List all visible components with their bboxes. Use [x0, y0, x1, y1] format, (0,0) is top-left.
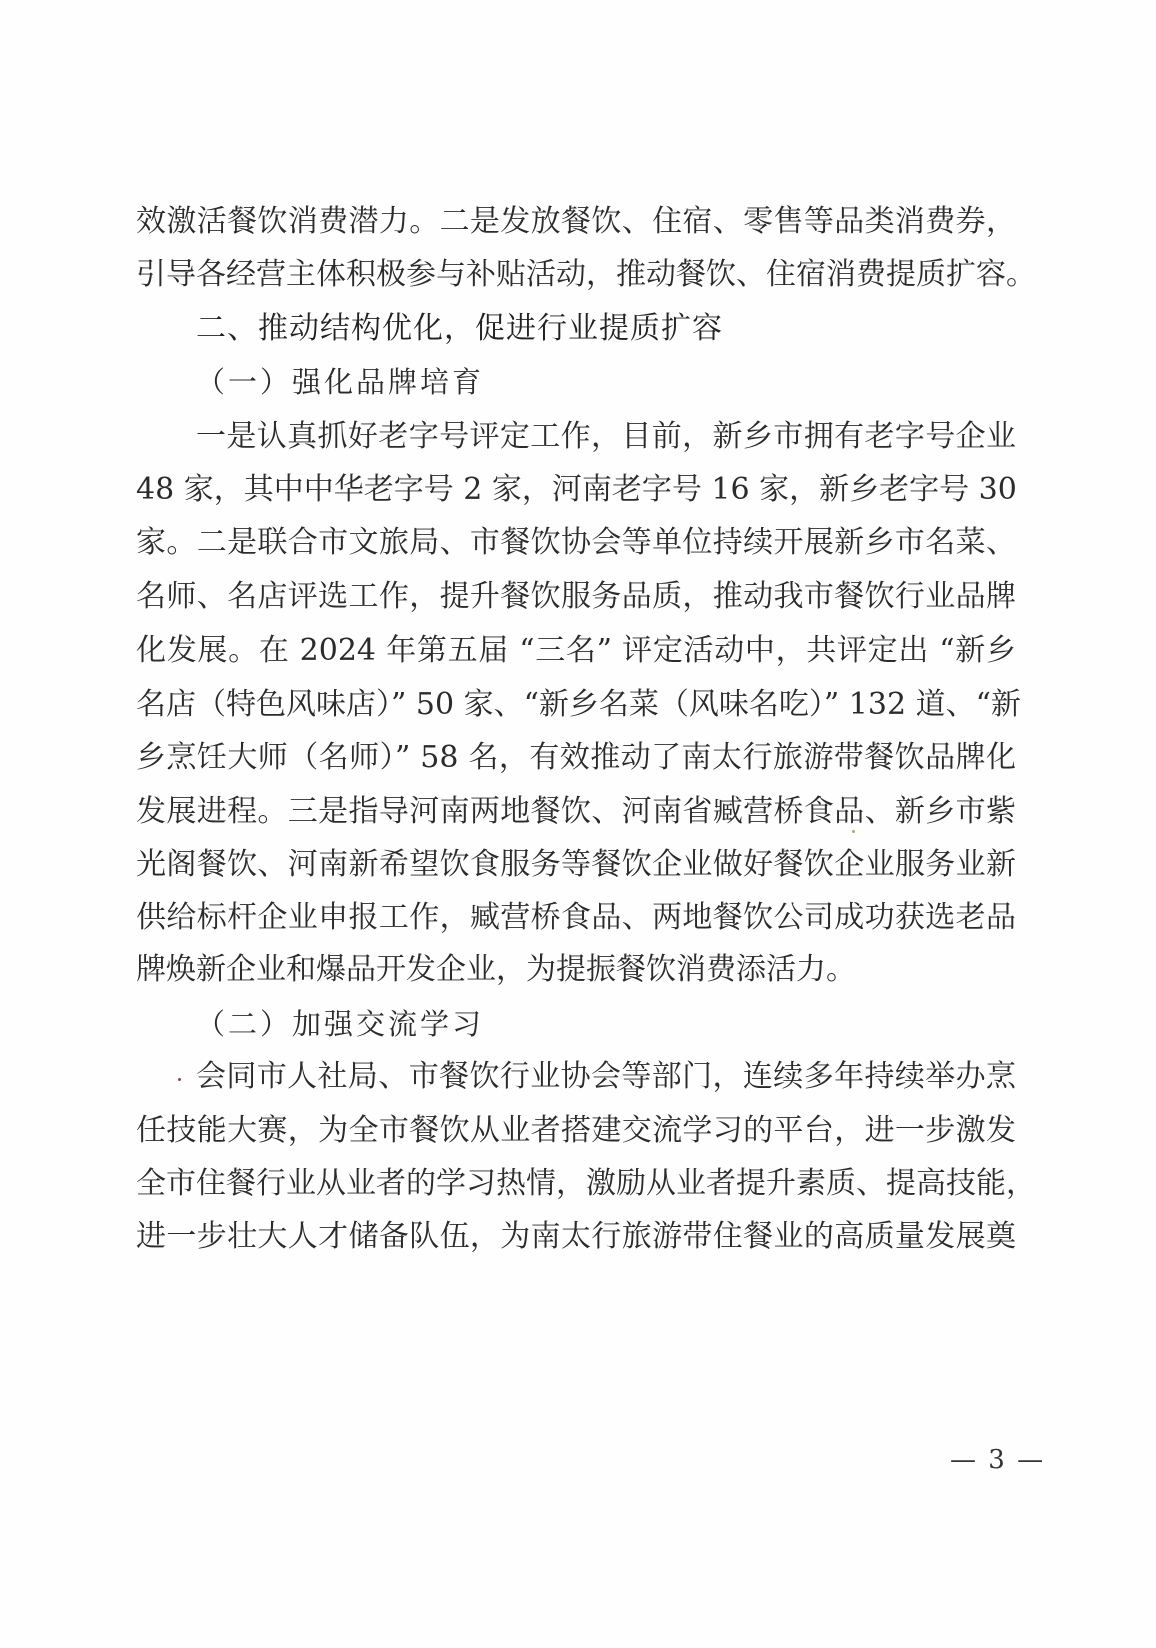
body-text-line: 供给标杆企业申报工作，臧营桥食品、两地餐饮公司成功获选老品: [136, 893, 1016, 943]
subsection-title: （二）加强交流学习: [196, 999, 484, 1049]
body-text-line: 乡烹饪大师（名师）” 58 名，有效推动了南太行旅游带餐饮品牌化: [136, 733, 1016, 783]
scan-speck: [852, 830, 855, 833]
body-text-line: 48 家，其中中华老字号 2 家，河南老字号 16 家，新乡老字号 30: [136, 465, 1016, 515]
section-heading: 二、推动结构优化，促进行业提质扩容: [196, 304, 723, 354]
body-text-line: 进一步壮大人才储备队伍，为南太行旅游带住餐业的高质量发展奠: [136, 1212, 1016, 1262]
body-text-line: 全市住餐行业从业者的学习热情，激励从业者提升素质、提高技能，: [136, 1159, 1016, 1209]
body-text-line: 家。二是联合市文旅局、市餐饮协会等单位持续开展新乡市名菜、: [136, 518, 1016, 568]
body-text-line: 发展进程。三是指导河南两地餐饮、河南省臧营桥食品、新乡市紫: [136, 787, 1016, 837]
body-text-line: 名师、名店评选工作，提升餐饮服务品质，推动我市餐饮行业品牌: [136, 572, 1016, 622]
body-text-line: 任技能大赛，为全市餐饮从业者搭建交流学习的平台，进一步激发: [136, 1106, 1016, 1156]
body-text-line: 牌焕新企业和爆品开发企业，为提振餐饮消费添活力。: [136, 945, 1016, 995]
body-text-line: 光阁餐饮、河南新希望饮食服务等餐饮企业做好餐饮企业服务业新: [136, 840, 1016, 890]
scan-speck: [178, 1078, 181, 1081]
body-text-line: 一是认真抓好老字号评定工作，目前，新乡市拥有老字号企业: [196, 412, 1016, 462]
body-text-line: 化发展。在 2024 年第五届 “三名” 评定活动中，共评定出 “新乡: [136, 626, 1016, 676]
document-page: 效激活餐饮消费潜力。二是发放餐饮、住宿、零售等品类消费券， 引导各经营主体积极参…: [0, 0, 1156, 1648]
body-text-line: 效激活餐饮消费潜力。二是发放餐饮、住宿、零售等品类消费券，: [136, 197, 1016, 247]
body-text-line: 引导各经营主体积极参与补贴活动，推动餐饮、住宿消费提质扩容。: [136, 250, 1016, 300]
subsection-title: （一）强化品牌培育: [196, 357, 484, 407]
body-text-line: 会同市人社局、市餐饮行业协会等部门，连续多年持续举办烹: [196, 1052, 1016, 1102]
page-number: — 3 —: [950, 1442, 1045, 1478]
body-text-line: 名店（特色风味店）” 50 家、“新乡名菜（风味名吃）” 132 道、“新: [136, 680, 1016, 730]
